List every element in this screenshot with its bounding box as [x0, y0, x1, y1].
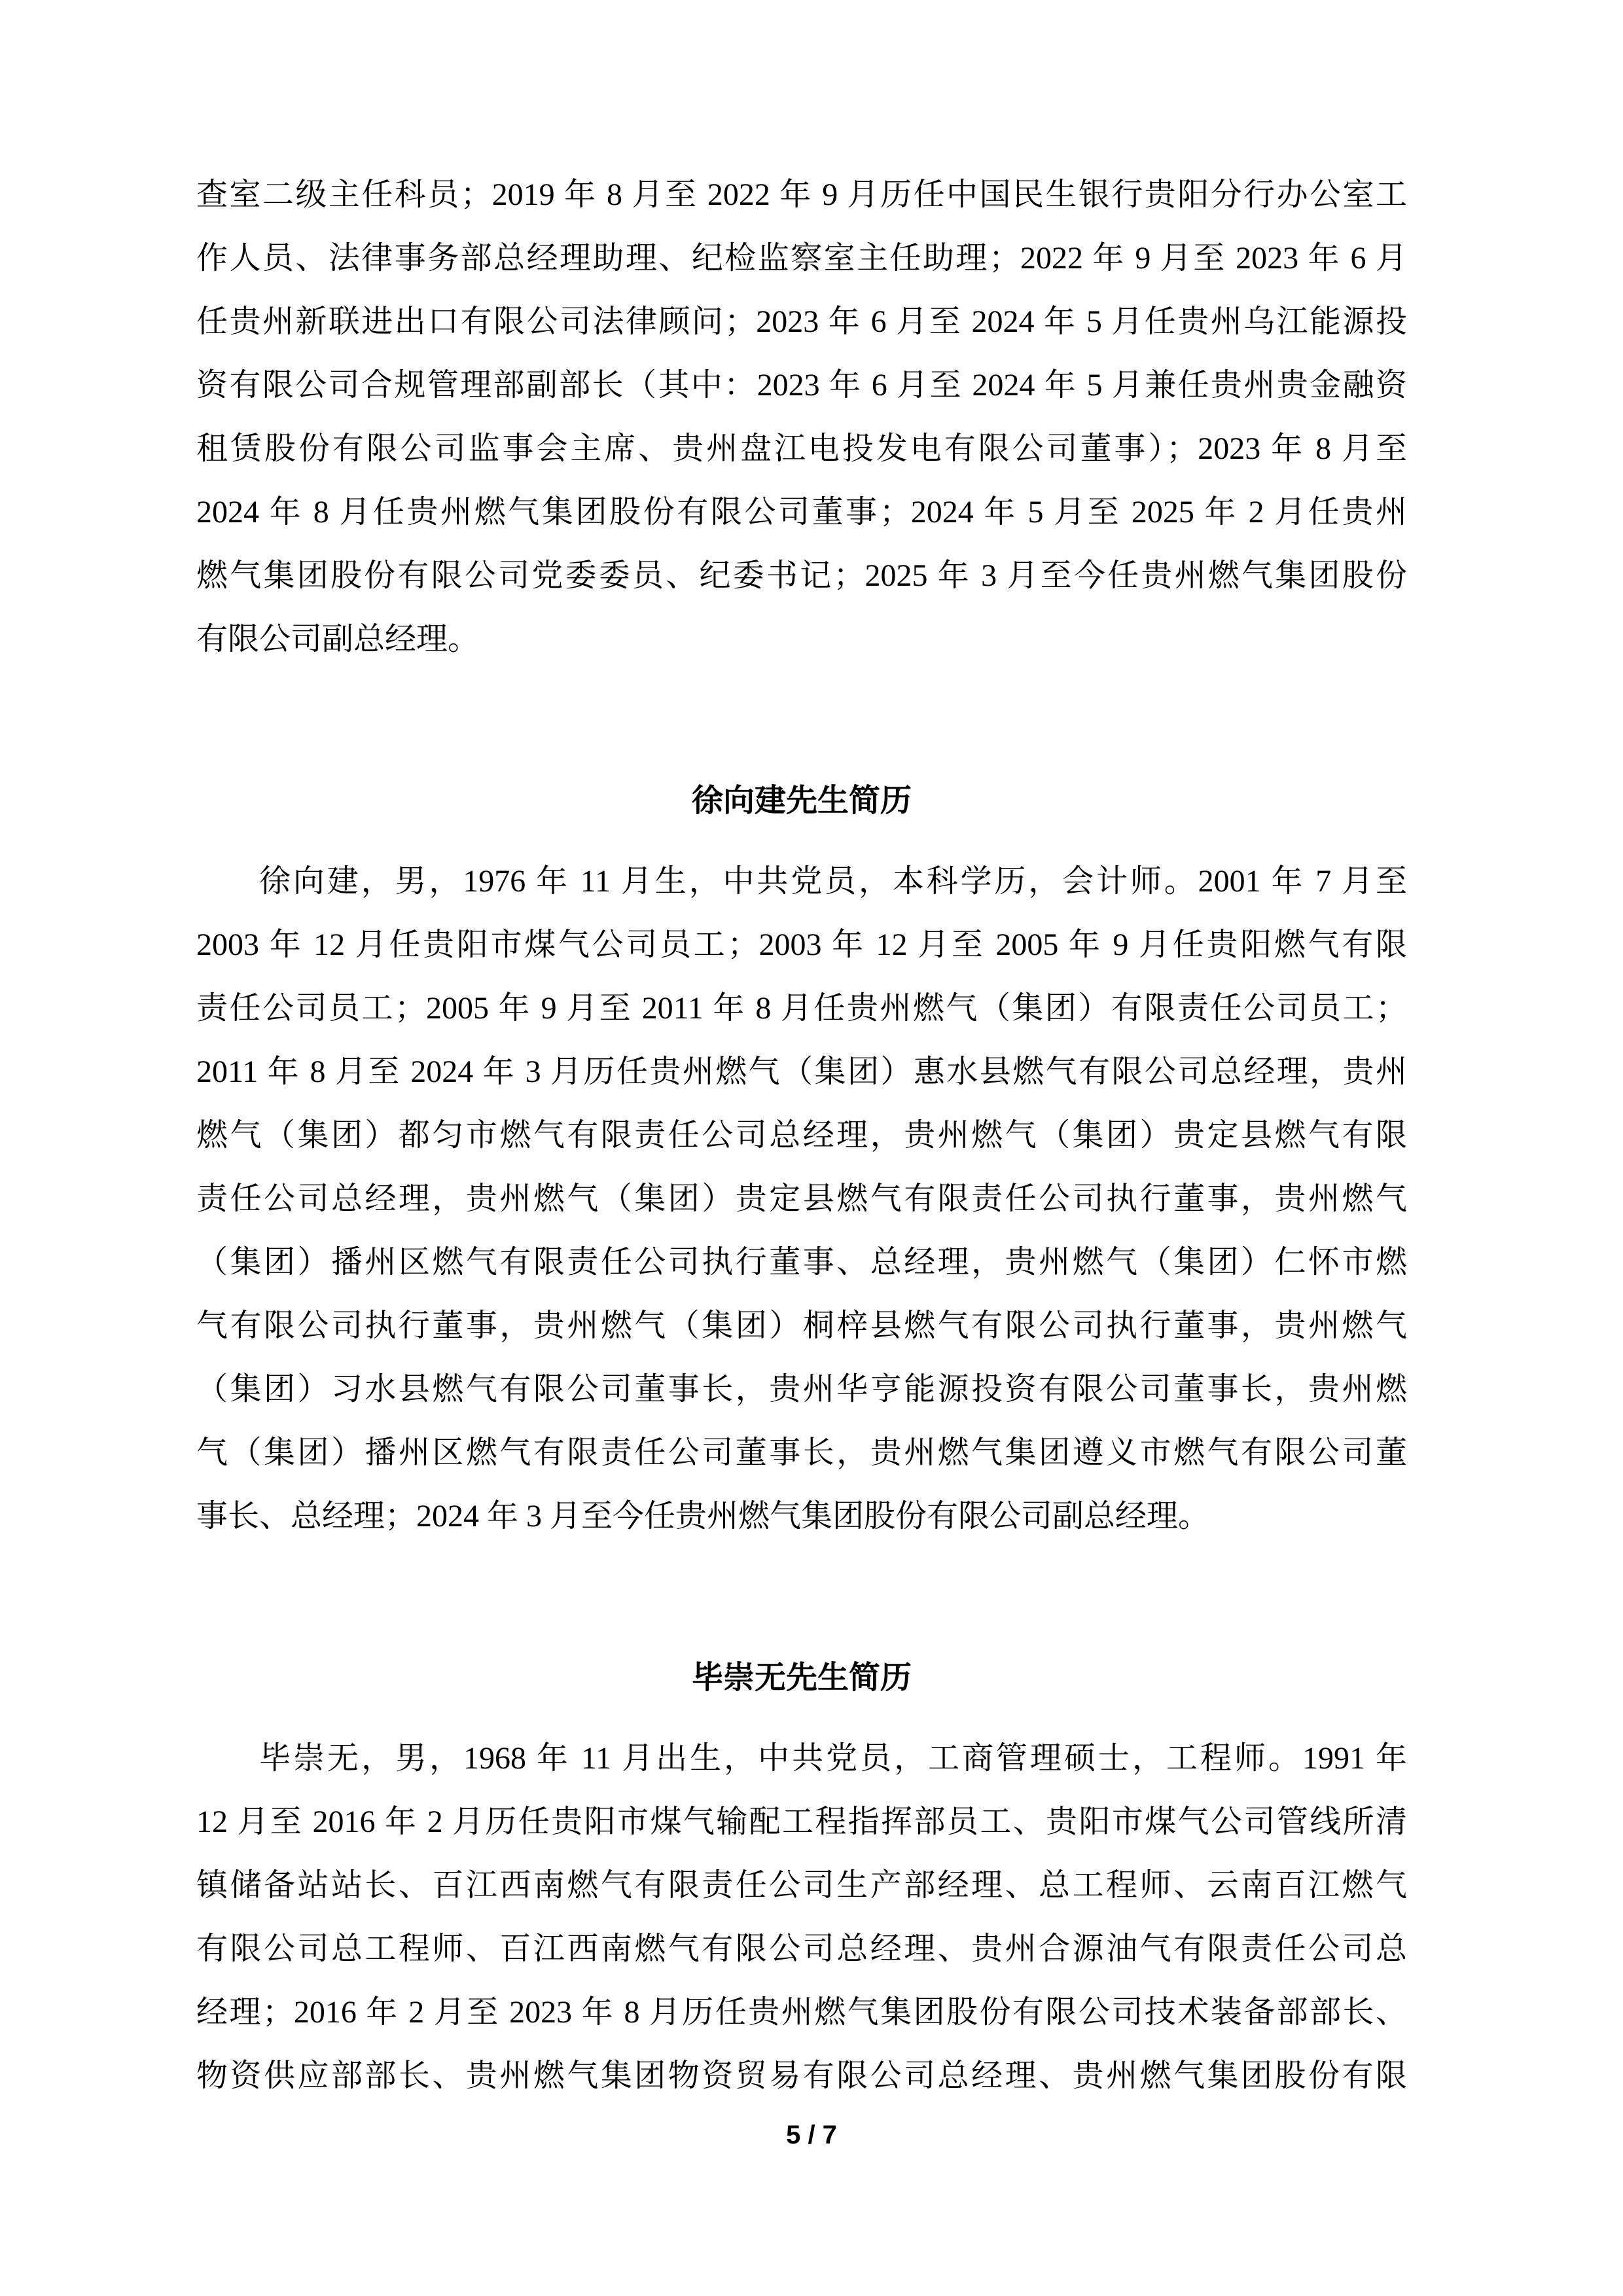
text-line: 气（集团）播州区燃气有限责任公司董事长，贵州燃气集团遵义市燃气有限公司董 — [196, 1421, 1407, 1484]
text-line: 燃气集团股份有限公司党委委员、纪委书记；2025 年 3 月至今任贵州燃气集团股… — [196, 544, 1407, 607]
text-line: 经理；2016 年 2 月至 2023 年 8 月历任贵州燃气集团股份有限公司技… — [196, 1981, 1407, 2044]
text-line: 查室二级主任科员；2019 年 8 月至 2022 年 9 月历任中国民生银行贵… — [196, 163, 1407, 226]
text-line: 燃气（集团）都匀市燃气有限责任公司总经理，贵州燃气（集团）贵定县燃气有限 — [196, 1103, 1407, 1167]
text-line: （集团）播州区燃气有限责任公司执行董事、总经理，贵州燃气（集团）仁怀市燃 — [196, 1230, 1407, 1294]
paragraph: 查室二级主任科员；2019 年 8 月至 2022 年 9 月历任中国民生银行贵… — [196, 163, 1407, 671]
text-line: （集团）习水县燃气有限公司董事长，贵州华亨能源投资有限公司董事长，贵州燃 — [196, 1357, 1407, 1421]
text-line: 毕崇无，男，1968 年 11 月出生，中共党员，工商管理硕士，工程师。1991… — [196, 1727, 1407, 1790]
text-line: 徐向建，男，1976 年 11 月生，中共党员，本科学历，会计师。2001 年 … — [196, 850, 1407, 913]
text-line: 事长、总经理；2024 年 3 月至今任贵州燃气集团股份有限公司副总经理。 — [196, 1484, 1407, 1548]
text-line: 有限公司总工程师、百江西南燃气有限公司总经理、贵州合源油气有限责任公司总 — [196, 1917, 1407, 1981]
section-heading: 徐向建先生简历 — [196, 769, 1407, 833]
text-line: 气有限公司执行董事，贵州燃气（集团）桐梓县燃气有限公司执行董事，贵州燃气 — [196, 1294, 1407, 1357]
document-page: 查室二级主任科员；2019 年 8 月至 2022 年 9 月历任中国民生银行贵… — [0, 0, 1623, 2296]
text-line: 资有限公司合规管理部副部长（其中：2023 年 6 月至 2024 年 5 月兼… — [196, 353, 1407, 417]
text-line: 2003 年 12 月任贵阳市煤气公司员工；2003 年 12 月至 2005 … — [196, 913, 1407, 977]
text-line: 租赁股份有限公司监事会主席、贵州盘江电投发电有限公司董事）；2023 年 8 月… — [196, 417, 1407, 480]
document-body: 查室二级主任科员；2019 年 8 月至 2022 年 9 月历任中国民生银行贵… — [196, 163, 1407, 2108]
text-line: 任贵州新联进出口有限公司法律顾问；2023 年 6 月至 2024 年 5 月任… — [196, 290, 1407, 353]
section-heading: 毕崇无先生简历 — [196, 1646, 1407, 1710]
text-line: 责任公司员工；2005 年 9 月至 2011 年 8 月任贵州燃气（集团）有限… — [196, 977, 1407, 1040]
text-line: 镇储备站站长、百江西南燃气有限责任公司生产部经理、总工程师、云南百江燃气 — [196, 1854, 1407, 1917]
text-line: 责任公司总经理，贵州燃气（集团）贵定县燃气有限责任公司执行董事，贵州燃气 — [196, 1167, 1407, 1230]
paragraph: 徐向建，男，1976 年 11 月生，中共党员，本科学历，会计师。2001 年 … — [196, 850, 1407, 1548]
text-line: 12 月至 2016 年 2 月历任贵阳市煤气输配工程指挥部员工、贵阳市煤气公司… — [196, 1790, 1407, 1854]
text-line: 作人员、法律事务部总经理助理、纪检监察室主任助理；2022 年 9 月至 202… — [196, 226, 1407, 290]
text-line: 2024 年 8 月任贵州燃气集团股份有限公司董事；2024 年 5 月至 20… — [196, 480, 1407, 544]
page-number: 5 / 7 — [0, 2121, 1623, 2150]
text-line: 有限公司副总经理。 — [196, 607, 1407, 671]
paragraph: 毕崇无，男，1968 年 11 月出生，中共党员，工商管理硕士，工程师。1991… — [196, 1727, 1407, 2108]
text-line: 物资供应部部长、贵州燃气集团物资贸易有限公司总经理、贵州燃气集团股份有限 — [196, 2044, 1407, 2108]
text-line: 2011 年 8 月至 2024 年 3 月历任贵州燃气（集团）惠水县燃气有限公… — [196, 1040, 1407, 1103]
